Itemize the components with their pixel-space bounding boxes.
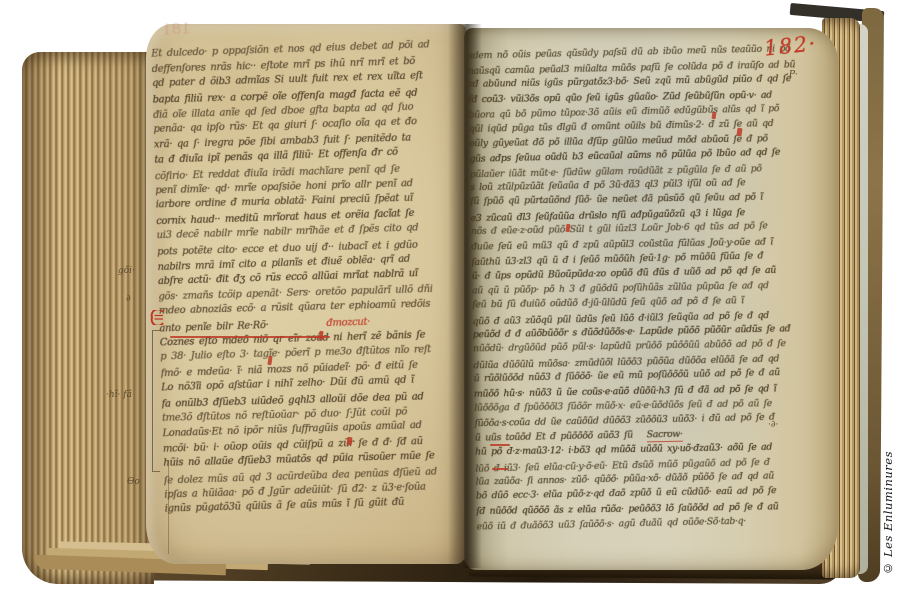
red-underline-mark [490,444,510,446]
manuscript-photo: Et dulcedo· p oppaſsiõn et nos qd eius d… [0,0,900,600]
red-underline-mark [492,468,508,470]
red-tick-mark [712,112,717,119]
red-tick-mark [346,437,352,446]
rubrication-layer [0,0,900,600]
copyright-watermark: © Les Enluminures [881,451,895,576]
red-underline-mark [170,336,330,338]
red-tick-mark [736,128,742,137]
red-tick-mark [267,356,272,365]
red-tick-mark [565,224,570,232]
